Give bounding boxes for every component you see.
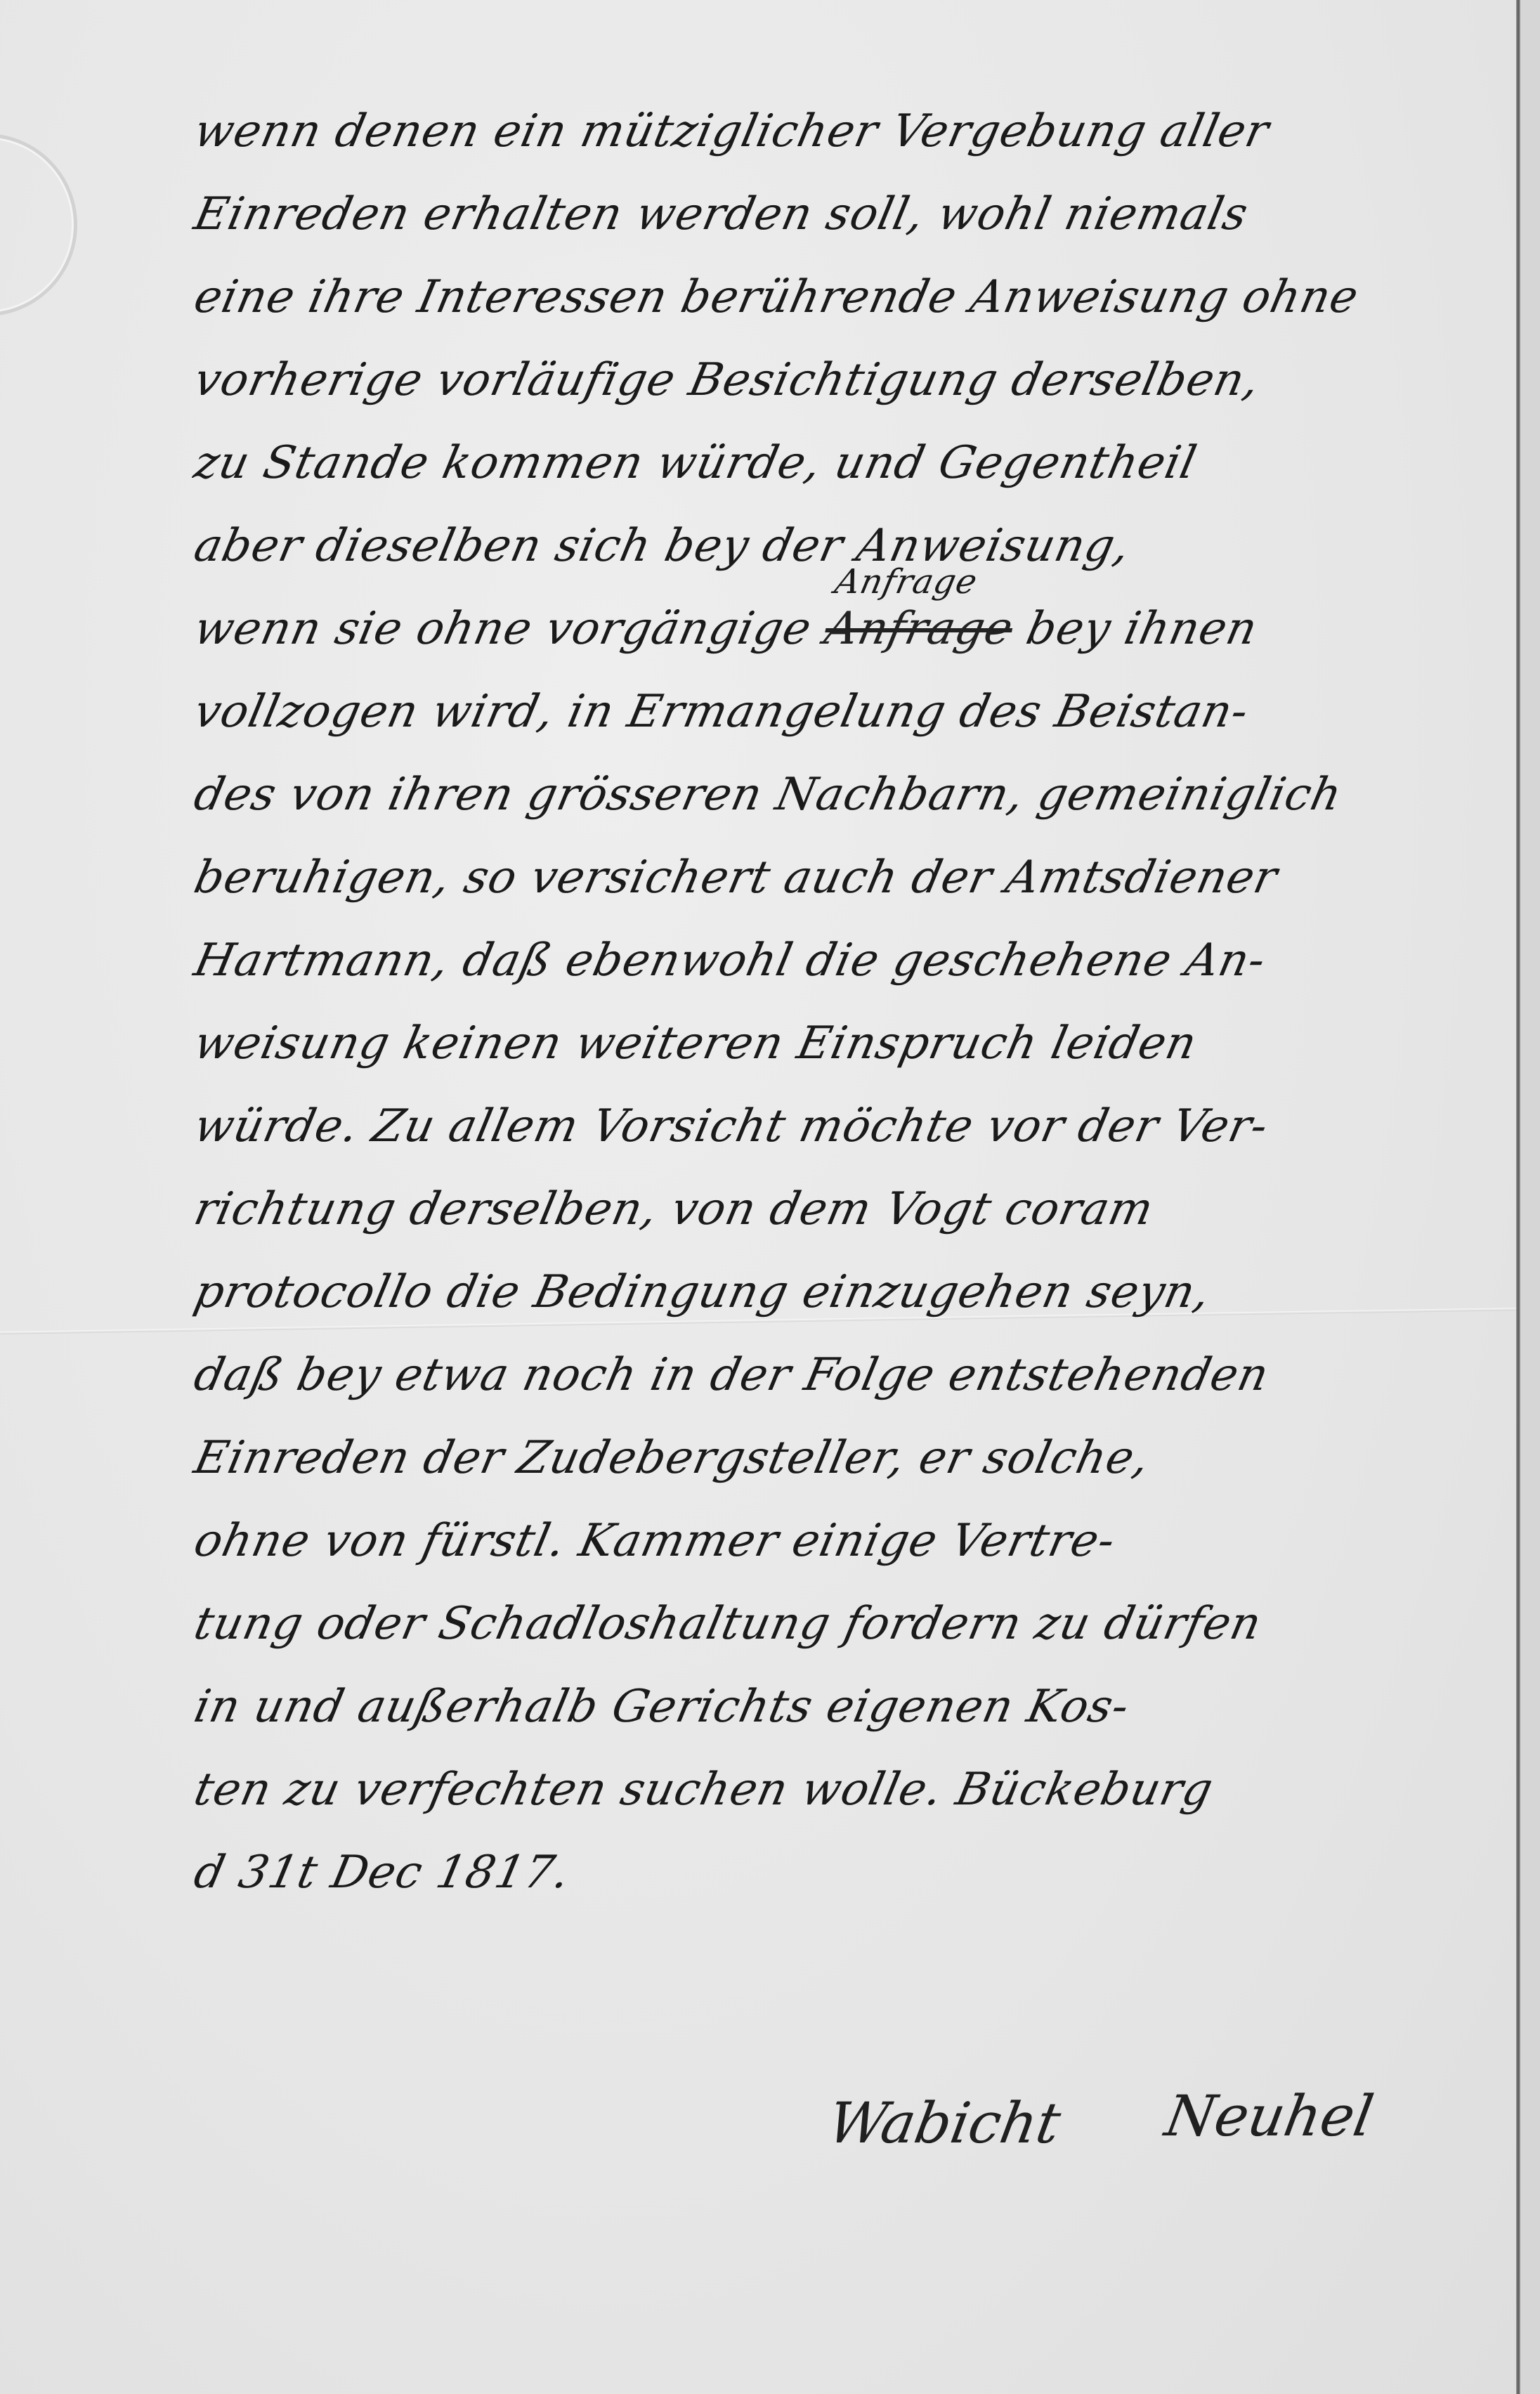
text-line-1: wenn denen ein mütziglicher Vergebung al… bbox=[190, 105, 1274, 157]
text-line-4: vorherige vorläufige Besichtigung dersel… bbox=[190, 354, 1265, 406]
text-line-6: aber dieselben sich bey der Anweisung, bbox=[190, 520, 1135, 572]
text-line-19: tung oder Schadloshaltung fordern zu dür… bbox=[190, 1598, 1266, 1650]
text-line-11: Hartmann, daß ebenwohl die geschehene An… bbox=[190, 935, 1270, 987]
text-line-18: ohne von fürstl. Kammer einige Vertre- bbox=[190, 1515, 1120, 1567]
text-line-20: in und außerhalb Gerichts eigenen Kos- bbox=[190, 1681, 1134, 1733]
text-line-5: zu Stande kommen würde, und Gegentheil bbox=[190, 437, 1201, 489]
inserted-correction: Anfrage bbox=[832, 562, 981, 601]
text-line-3: eine ihre Interessen berührende Anweisun… bbox=[190, 271, 1363, 323]
text-line-7: wenn sie ohne vorgängige AnfrageAnfrage … bbox=[190, 603, 1262, 655]
line-7-end: bey ihnen bbox=[1007, 603, 1262, 655]
text-line-14: richtung derselben, von dem Vogt coram bbox=[190, 1183, 1159, 1235]
manuscript-page: wenn denen ein mütziglicher Vergebung al… bbox=[0, 0, 1518, 2394]
text-line-10: beruhigen, so versichert auch der Amtsdi… bbox=[190, 852, 1282, 904]
text-line-21: ten zu verfechten suchen wolle. Bückebur… bbox=[190, 1764, 1218, 1816]
text-line-16: daß bey etwa noch in der Folge entstehen… bbox=[190, 1349, 1274, 1401]
date-line: d 31t Dec 1817. bbox=[190, 1847, 575, 1899]
text-line-9: des von ihren grösseren Nachbarn, gemein… bbox=[190, 769, 1347, 821]
line-7-start: wenn sie ohne vorgängige bbox=[190, 603, 831, 655]
text-line-8: vollzogen wird, in Ermangelung des Beist… bbox=[190, 686, 1253, 738]
text-line-12: weisung keinen weiteren Einspruch leiden bbox=[190, 1017, 1201, 1069]
signature-neuhel: Neuhel bbox=[1161, 2083, 1378, 2149]
next-page-margin bbox=[1520, 0, 1540, 2394]
text-line-13: würde. Zu allem Vorsicht möchte vor der … bbox=[190, 1100, 1273, 1152]
struck-word: Anfrage bbox=[820, 603, 1017, 655]
text-line-2: Einreden erhalten werden soll, wohl niem… bbox=[190, 188, 1253, 240]
signature-wabicht: Wabicht bbox=[823, 2090, 1066, 2156]
text-line-15: protocollo die Bedingung einzugehen seyn… bbox=[190, 1266, 1215, 1318]
embossed-seal bbox=[0, 134, 77, 316]
text-line-17: Einreden der Zudebergsteller, er solche, bbox=[190, 1432, 1154, 1484]
signature-block: Wabicht Neuhel bbox=[829, 2090, 1391, 2189]
